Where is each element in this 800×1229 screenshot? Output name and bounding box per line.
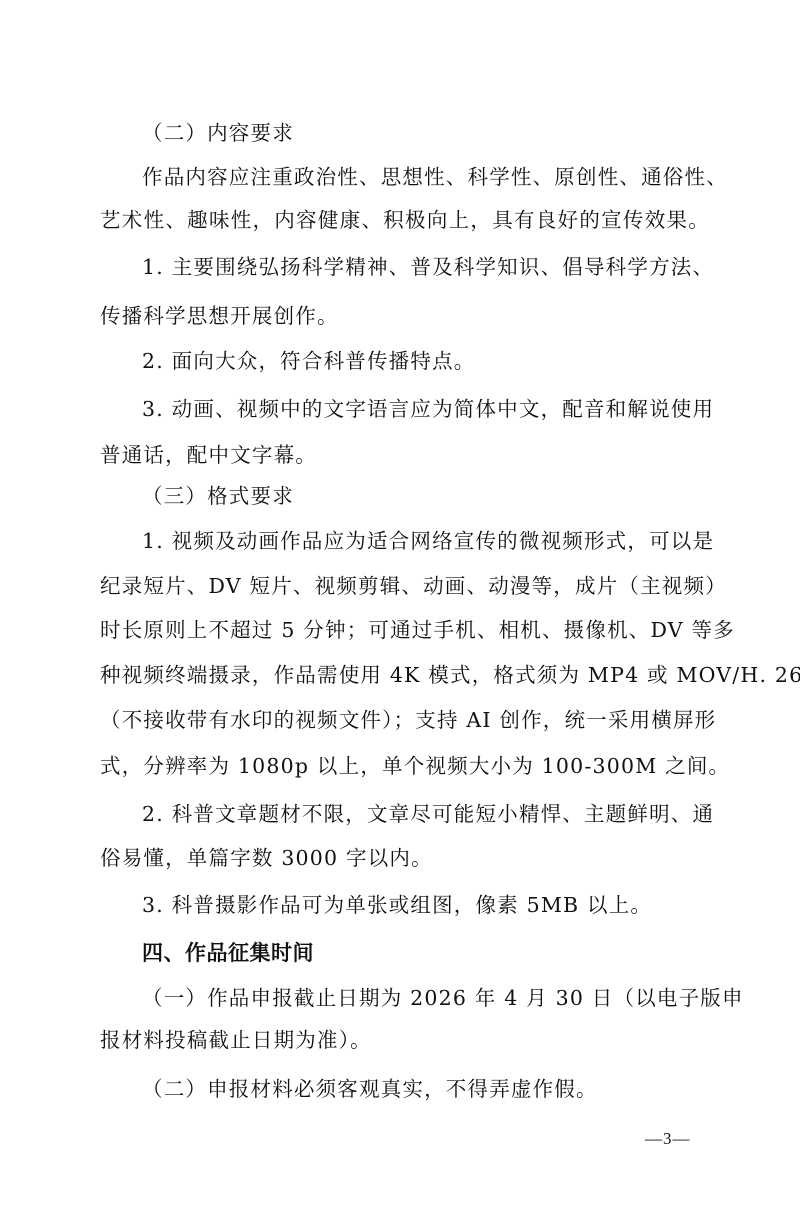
paragraph-line: （二）申报材料必须客观真实，不得弄虚作假。 bbox=[142, 1075, 710, 1103]
section-heading-content-requirements: （二）内容要求 bbox=[142, 119, 710, 147]
list-item-line: 普通话，配中文字幕。 bbox=[100, 441, 710, 469]
list-item-line: 种视频终端摄录，作品需使用 4K 模式，格式须为 MP4 或 MOV/H. 26… bbox=[100, 661, 710, 689]
list-item-line: 3. 动画、视频中的文字语言应为简体中文，配音和解说使用 bbox=[142, 395, 710, 423]
list-item-line: 2. 面向大众，符合科普传播特点。 bbox=[142, 347, 710, 375]
page-number: —3— bbox=[645, 1128, 691, 1150]
list-item-line: 1. 视频及动画作品应为适合网络宣传的微视频形式，可以是 bbox=[142, 527, 710, 555]
paragraph-line: 作品内容应注重政治性、思想性、科学性、原创性、通俗性、 bbox=[142, 163, 710, 191]
list-item-line: 3. 科普摄影作品可为单张或组图，像素 5MB 以上。 bbox=[142, 891, 710, 919]
section-heading-format-requirements: （三）格式要求 bbox=[142, 482, 710, 510]
paragraph-line: 艺术性、趣味性，内容健康、积极向上，具有良好的宣传效果。 bbox=[100, 206, 710, 234]
list-item-line: 2. 科普文章题材不限，文章尽可能短小精悍、主题鲜明、通 bbox=[142, 800, 710, 828]
list-item-line: 俗易懂，单篇字数 3000 字以内。 bbox=[100, 844, 710, 872]
list-item-line: 传播科学思想开展创作。 bbox=[100, 302, 710, 330]
list-item-line: （不接收带有水印的视频文件）；支持 AI 创作，统一采用横屏形 bbox=[100, 706, 710, 734]
list-item-line: 式，分辨率为 1080p 以上，单个视频大小为 100-300M 之间。 bbox=[100, 752, 710, 780]
list-item-line: 纪录短片、DV 短片、视频剪辑、动画、动漫等，成片（主视频） bbox=[100, 572, 710, 600]
paragraph-line: 报材料投稿截止日期为准）。 bbox=[100, 1026, 710, 1054]
section-heading-submission-period: 四、作品征集时间 bbox=[142, 939, 710, 967]
paragraph-line: （一）作品申报截止日期为 2026 年 4 月 30 日（以电子版申 bbox=[142, 984, 710, 1012]
list-item-line: 1. 主要围绕弘扬科学精神、普及科学知识、倡导科学方法、 bbox=[142, 253, 710, 281]
list-item-line: 时长原则上不超过 5 分钟；可通过手机、相机、摄像机、DV 等多 bbox=[100, 616, 710, 644]
